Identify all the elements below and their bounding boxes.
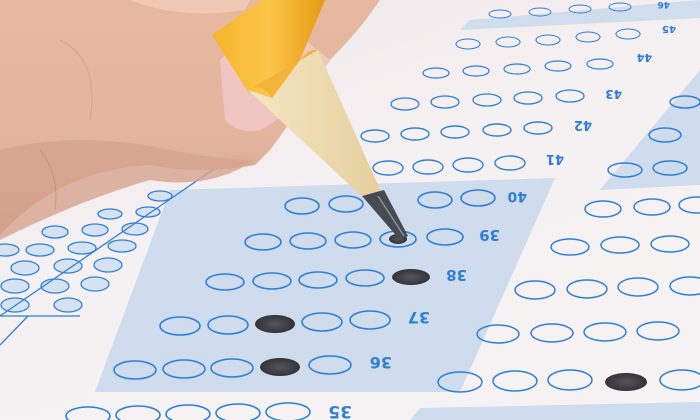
question-number-43: 43 — [605, 87, 622, 101]
question-number-36: 36 — [370, 353, 392, 372]
scantron-photo: 40 39 38 37 36 35 — [0, 0, 700, 420]
filled-bubble-right — [605, 373, 647, 391]
answer-row-41 — [373, 156, 525, 175]
question-number-37: 37 — [408, 308, 430, 327]
answer-row-44 — [423, 59, 613, 78]
shaded-panel-bottom-right — [410, 402, 700, 420]
filled-bubble-36 — [260, 358, 300, 376]
question-number-40: 40 — [507, 188, 527, 204]
question-number-38: 38 — [446, 266, 467, 284]
answer-row-42 — [361, 122, 552, 142]
answer-row-45 — [456, 29, 640, 49]
question-number-39: 39 — [479, 226, 500, 244]
question-number-42: 42 — [574, 117, 592, 132]
answer-row-35 — [66, 403, 310, 420]
shaded-panel-main — [95, 178, 555, 392]
question-number-46: 46 — [657, 0, 670, 9]
filled-bubble-37 — [255, 315, 295, 333]
question-number-41: 41 — [546, 151, 564, 166]
filled-bubble-38 — [392, 269, 430, 285]
answer-row-43 — [391, 90, 584, 110]
question-number-35: 35 — [328, 401, 352, 420]
photo-canvas: 40 39 38 37 36 35 — [0, 0, 700, 420]
question-number-44: 44 — [636, 51, 652, 64]
question-number-45: 45 — [662, 23, 676, 34]
